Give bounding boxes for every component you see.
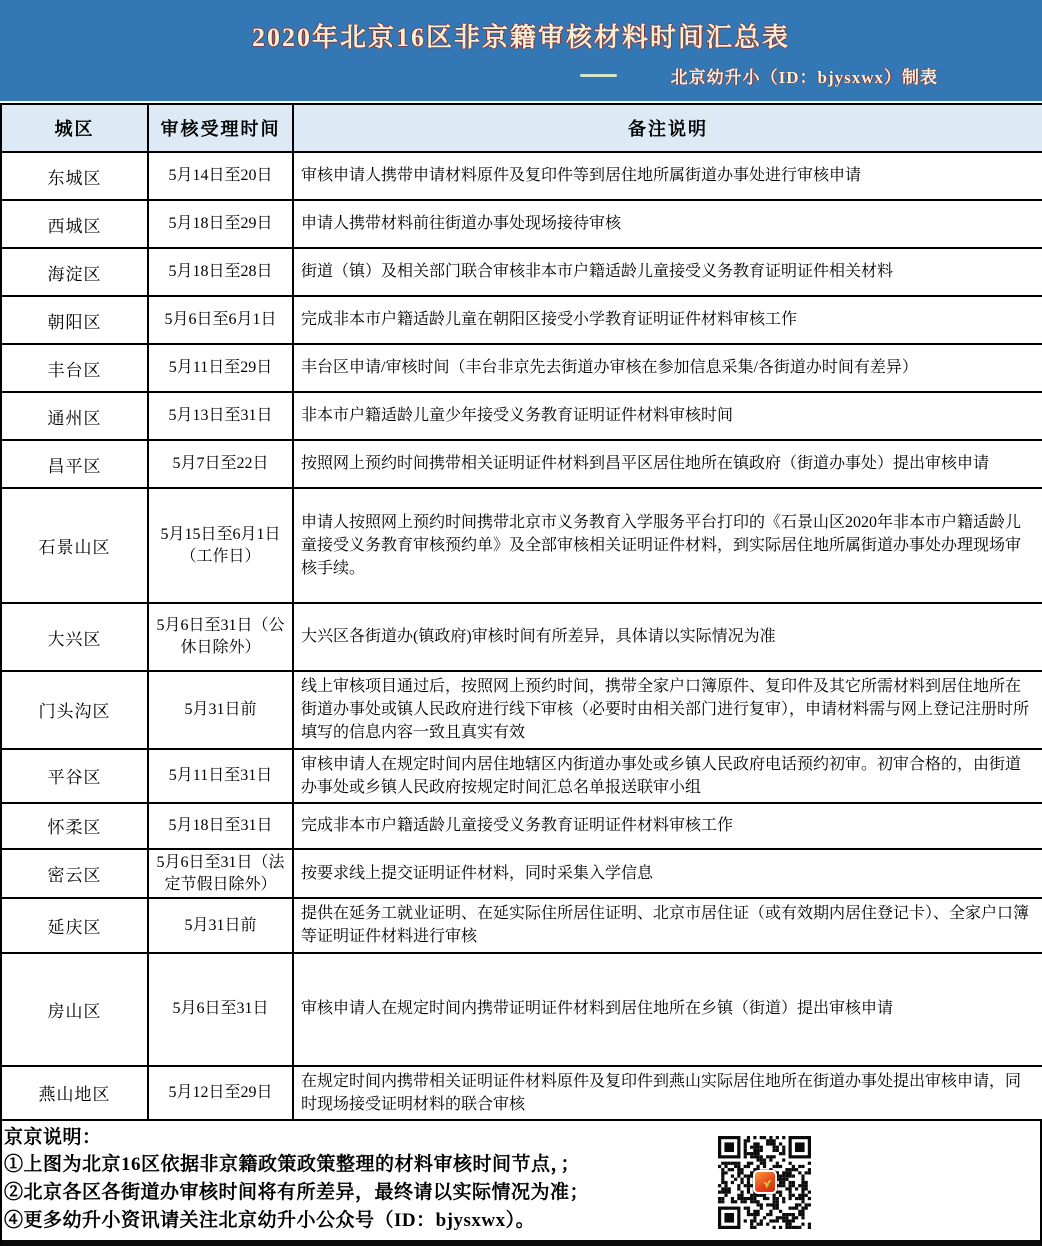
note-cell: 街道（镇）及相关部门联合审核非本市户籍适龄儿童接受义务教育证明证件相关材料 <box>293 248 1042 296</box>
table-row: 海淀区 5月18日至28日 街道（镇）及相关部门联合审核非本市户籍适龄儿童接受义… <box>1 248 1042 296</box>
note-cell: 审核申请人在规定时间内居住地辖区内街道办事处或乡镇人民政府电话预约初审。初审合格… <box>293 749 1042 803</box>
table-row: 通州区 5月13日至31日 非本市户籍适龄儿童少年接受义务教育证明证件材料审核时… <box>1 392 1042 440</box>
time-cell: 5月18日至31日 <box>148 803 293 849</box>
note-cell: 大兴区各街道办(镇政府)审核时间有所差异，具体请以实际情况为准 <box>293 603 1042 671</box>
note-cell: 申请人按照网上预约时间携带北京市义务教育入学服务平台打印的《石景山区2020年非… <box>293 488 1042 603</box>
table-row: 门头沟区 5月31日前 线上审核项目通过后，按照网上预约时间，携带全家户口簿原件… <box>1 671 1042 749</box>
time-cell: 5月6日至31日 <box>148 953 293 1066</box>
district-cell: 石景山区 <box>1 488 148 603</box>
district-cell: 房山区 <box>1 953 148 1066</box>
note-cell: 完成非本市户籍适龄儿童接受义务教育证明证件材料审核工作 <box>293 803 1042 849</box>
table-row: 房山区 5月6日至31日 审核申请人在规定时间内携带证明证件材料到居住地所在乡镇… <box>1 953 1042 1066</box>
note-cell: 在规定时间内携带相关证明证件材料原件及复印件到燕山实际居住地所在街道办事处提出审… <box>293 1066 1042 1120</box>
note-cell: 审核申请人携带申请材料原件及复印件等到居住地所属街道办事处进行审核申请 <box>293 152 1042 200</box>
district-cell: 西城区 <box>1 200 148 248</box>
district-cell: 丰台区 <box>1 344 148 392</box>
sprout-icon <box>760 1177 774 1191</box>
banner-subtitle-row: 北京幼升小（ID：bjysxwx）制表 <box>0 63 1042 88</box>
footer-notes: 京京说明： ①上图为北京16区依据非京籍政策政策整理的材料审核时间节点，； ②北… <box>0 1121 1042 1246</box>
table-row: 密云区 5月6日至31日（法定节假日除外） 按要求线上提交证明证件材料，同时采集… <box>1 849 1042 898</box>
district-cell: 通州区 <box>1 392 148 440</box>
table-row: 怀柔区 5月18日至31日 完成非本市户籍适龄儿童接受义务教育证明证件材料审核工… <box>1 803 1042 849</box>
district-cell: 昌平区 <box>1 440 148 488</box>
note-cell: 丰台区申请/审核时间（丰台非京先去街道办审核在参加信息采集/各街道办时间有差异） <box>293 344 1042 392</box>
note-cell: 非本市户籍适龄儿童少年接受义务教育证明证件材料审核时间 <box>293 392 1042 440</box>
table-row: 延庆区 5月31日前 提供在延务工就业证明、在延实际住所居住证明、北京市居住证（… <box>1 898 1042 952</box>
byline: 北京幼升小（ID：bjysxwx）制表 <box>671 63 938 88</box>
time-cell: 5月6日至6月1日 <box>148 296 293 344</box>
footer-note-1: ①上图为北京16区依据非京籍政策政策整理的材料审核时间节点，； <box>4 1151 1038 1179</box>
district-cell: 密云区 <box>1 849 148 898</box>
district-cell: 朝阳区 <box>1 296 148 344</box>
district-cell: 门头沟区 <box>1 671 148 749</box>
time-cell: 5月18日至29日 <box>148 200 293 248</box>
table-header-row: 城区 审核受理时间 备注说明 <box>1 104 1042 152</box>
header-banner: 2020年北京16区非京籍审核材料时间汇总表 北京幼升小（ID：bjysxwx）… <box>0 0 1042 101</box>
summary-table: 城区 审核受理时间 备注说明 东城区 5月14日至20日 审核申请人携带申请材料… <box>0 103 1042 1121</box>
brand-logo-icon <box>753 1170 777 1194</box>
note-cell: 按要求线上提交证明证件材料，同时采集入学信息 <box>293 849 1042 898</box>
time-cell: 5月15日至6月1日（工作日） <box>148 488 293 603</box>
time-cell: 5月12日至29日 <box>148 1066 293 1120</box>
table-row: 丰台区 5月11日至29日 丰台区申请/审核时间（丰台非京先去街道办审核在参加信… <box>1 344 1042 392</box>
time-cell: 5月13日至31日 <box>148 392 293 440</box>
district-cell: 平谷区 <box>1 749 148 803</box>
time-cell: 5月11日至29日 <box>148 344 293 392</box>
note-cell: 申请人携带材料前往街道办事处现场接待审核 <box>293 200 1042 248</box>
col-header-district: 城区 <box>1 104 148 152</box>
col-header-time: 审核受理时间 <box>148 104 293 152</box>
note-cell: 线上审核项目通过后，按照网上预约时间，携带全家户口簿原件、复印件及其它所需材料到… <box>293 671 1042 749</box>
time-cell: 5月18日至28日 <box>148 248 293 296</box>
district-cell: 延庆区 <box>1 898 148 952</box>
footer-heading: 京京说明： <box>4 1124 1038 1152</box>
time-cell: 5月7日至22日 <box>148 440 293 488</box>
time-cell: 5月6日至31日（公休日除外） <box>148 603 293 671</box>
dash-decoration <box>580 74 617 77</box>
note-cell: 提供在延务工就业证明、在延实际住所居住证明、北京市居住证（或有效期内居住登记卡）… <box>293 898 1042 952</box>
time-cell: 5月6日至31日（法定节假日除外） <box>148 849 293 898</box>
table-row: 燕山地区 5月12日至29日 在规定时间内携带相关证明证件材料原件及复印件到燕山… <box>1 1066 1042 1120</box>
district-cell: 怀柔区 <box>1 803 148 849</box>
note-cell: 审核申请人在规定时间内携带证明证件材料到居住地所在乡镇（街道）提出审核申请 <box>293 953 1042 1066</box>
table-row: 平谷区 5月11日至31日 审核申请人在规定时间内居住地辖区内街道办事处或乡镇人… <box>1 749 1042 803</box>
table-row: 东城区 5月14日至20日 审核申请人携带申请材料原件及复印件等到居住地所属街道… <box>1 152 1042 200</box>
district-cell: 大兴区 <box>1 603 148 671</box>
table-row: 昌平区 5月7日至22日 按照网上预约时间携带相关证明证件材料到昌平区居住地所在… <box>1 440 1042 488</box>
table-row: 石景山区 5月15日至6月1日（工作日） 申请人按照网上预约时间携带北京市义务教… <box>1 488 1042 603</box>
time-cell: 5月31日前 <box>148 671 293 749</box>
time-cell: 5月11日至31日 <box>148 749 293 803</box>
district-cell: 东城区 <box>1 152 148 200</box>
col-header-note: 备注说明 <box>293 104 1042 152</box>
qrcode-image <box>716 1134 813 1231</box>
note-cell: 按照网上预约时间携带相关证明证件材料到昌平区居住地所在镇政府（街道办事处）提出审… <box>293 440 1042 488</box>
page-title: 2020年北京16区非京籍审核材料时间汇总表 <box>0 17 1042 54</box>
footer-note-2: ②北京各区各街道办审核时间将有所差异，最终请以实际情况为准； <box>4 1179 1038 1207</box>
district-cell: 海淀区 <box>1 248 148 296</box>
note-cell: 完成非本市户籍适龄儿童在朝阳区接受小学教育证明证件材料审核工作 <box>293 296 1042 344</box>
time-cell: 5月14日至20日 <box>148 152 293 200</box>
table-row: 西城区 5月18日至29日 申请人携带材料前往街道办事处现场接待审核 <box>1 200 1042 248</box>
district-cell: 燕山地区 <box>1 1066 148 1120</box>
table-row: 大兴区 5月6日至31日（公休日除外） 大兴区各街道办(镇政府)审核时间有所差异… <box>1 603 1042 671</box>
footer-note-3: ④更多幼升小资讯请关注北京幼升小公众号（ID：bjysxwx）。 <box>4 1207 1038 1235</box>
table-row: 朝阳区 5月6日至6月1日 完成非本市户籍适龄儿童在朝阳区接受小学教育证明证件材… <box>1 296 1042 344</box>
time-cell: 5月31日前 <box>148 898 293 952</box>
